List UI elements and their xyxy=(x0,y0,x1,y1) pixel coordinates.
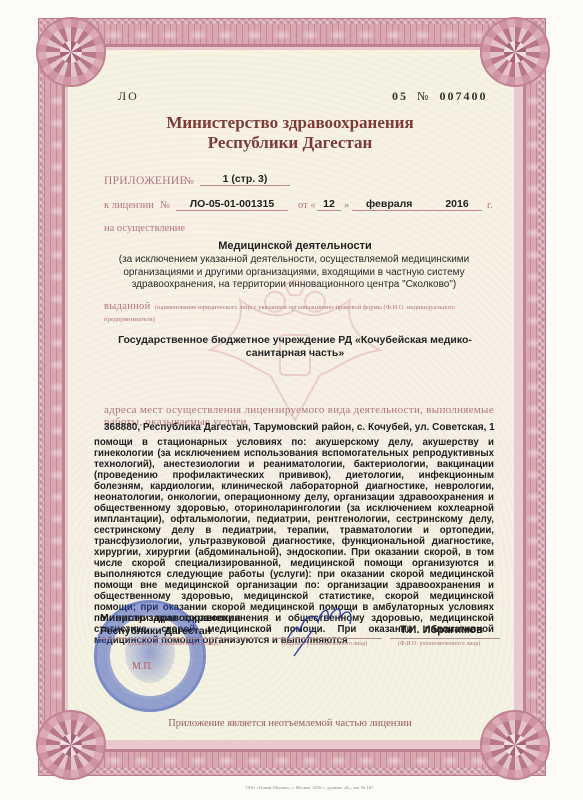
position-line-2: Республики Дагестан xyxy=(100,625,241,638)
activity-label: на осуществление xyxy=(104,223,185,234)
issued-to-block: выданной (наименование юридического лица… xyxy=(104,300,504,324)
series-code: ЛО xyxy=(118,89,139,104)
corner-rosette-icon xyxy=(480,17,550,87)
corner-rosette-icon xyxy=(36,710,106,780)
seal-placeholder-label: М.П. xyxy=(132,661,153,672)
issued-to-hint: (наименование юридического лица с указан… xyxy=(104,304,455,323)
position-line xyxy=(98,638,264,639)
license-day: 12 xyxy=(317,198,341,211)
license-month: февраля xyxy=(366,198,412,210)
appendix-number: 1 (стр. 3) xyxy=(200,173,290,186)
signature-line xyxy=(272,638,382,639)
appendix-number-sign: № xyxy=(184,176,194,187)
license-label: к лицензии xyxy=(104,200,154,211)
name-hint: (Ф.И.О. уполномоченного лица) xyxy=(398,641,480,647)
serial-value: 007400 xyxy=(439,89,487,103)
region-code: 05 xyxy=(392,89,408,103)
issuer-line-2: Республики Дагестан xyxy=(90,133,490,153)
name-line xyxy=(390,638,500,639)
position-line-1: Министр здравоохранения xyxy=(100,612,241,625)
license-appendix-sheet: ЛО 05 № 007400 Министерство здравоохране… xyxy=(0,0,583,800)
address: 368880, Республика Дагестан, Тарумовский… xyxy=(104,422,495,433)
footer-note: Приложение является неотъемлемой частью … xyxy=(120,718,460,729)
license-number-sign: № xyxy=(160,200,170,211)
issued-to-label: выданной xyxy=(104,301,151,312)
license-month-year: февраля 2016 xyxy=(352,198,482,211)
issuer-line-1: Министерство здравоохранения xyxy=(90,113,490,133)
signatory-position: Министр здравоохранения Республики Дагес… xyxy=(100,612,241,638)
issuing-authority: Министерство здравоохранения Республики … xyxy=(90,113,490,153)
number-sign: № xyxy=(417,89,430,103)
appendix-label: ПРИЛОЖЕНИЕ xyxy=(104,175,187,187)
license-number: ЛО-05-01-001315 xyxy=(176,198,288,211)
organization-name: Государственное бюджетное учреждение РД … xyxy=(100,334,490,360)
signatory-name: Т.И. Ибрагимов xyxy=(400,624,483,636)
date-close: » xyxy=(344,200,349,211)
printer-imprint: ООО «Гознак-Москва», г. Москва, 2016 г.,… xyxy=(180,785,440,790)
license-year: 2016 xyxy=(445,198,468,210)
corner-rosette-icon xyxy=(480,710,550,780)
position-hint: (должность уполномоченного лица) xyxy=(128,641,220,647)
corner-rosette-icon xyxy=(36,17,106,87)
activity-title: Медицинской деятельности xyxy=(90,240,500,252)
date-prefix: от « xyxy=(298,200,316,211)
activity-clarification: (за исключением указанной деятельности, … xyxy=(84,254,504,292)
serial-number: 05 № 007400 xyxy=(392,89,487,104)
year-suffix: г. xyxy=(487,200,493,211)
handwritten-signature-icon xyxy=(284,598,364,658)
signature-hint: (подпись уполномоченного лица) xyxy=(282,641,367,647)
